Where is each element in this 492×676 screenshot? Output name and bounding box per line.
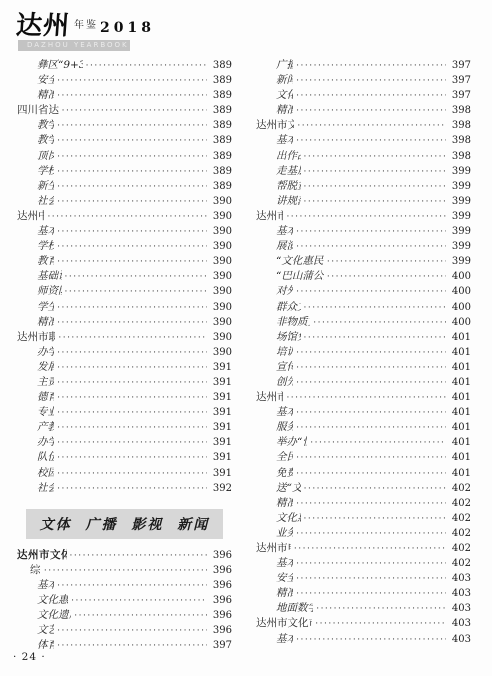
toc-entry-page: 401 [449,375,471,390]
toc-entry: 基本情况402 [256,556,471,571]
toc-entry-page: 391 [210,450,232,465]
dot-leader [47,209,207,225]
toc-entry: 达州市职业高级中学390 [17,330,232,345]
toc-entry-title: 基本情况 [276,405,293,420]
dot-leader [44,563,207,579]
dot-leader [296,58,446,74]
toc-entry-title: 四川省达州市水电学校 [17,103,59,118]
dot-leader [286,209,446,225]
toc-entry-title: 出作品育人才 [276,149,301,164]
toc-entry-title: 服务保障 [276,420,293,435]
toc-entry: “文化惠民在身边”系列文化活动399 [256,254,471,269]
toc-entry-page: 396 [210,578,232,593]
dot-leader [304,300,447,316]
dot-leader [304,149,447,165]
toc-entry-title: 教学教研 [37,118,54,133]
dot-leader [57,450,207,466]
page-number-footer: · 24 · [13,651,46,663]
dot-leader [57,420,207,436]
dot-leader [296,405,446,421]
toc-entry-title: 达州市文化馆 [256,209,283,224]
toc-entry-page: 397 [449,88,471,103]
toc-entry-title: 场馆免费开放 [276,330,301,345]
toc-entry: 基本情况396 [17,578,232,593]
dot-leader [57,638,207,654]
toc-entry: 对外交流400 [256,284,471,299]
dot-leader [327,254,446,270]
dot-leader [296,73,446,89]
toc-entry-page: 389 [210,118,232,133]
toc-entry-page: 401 [449,466,471,481]
toc-entry: 服务保障401 [256,420,471,435]
dot-leader [70,548,207,564]
toc-entry: 基本情况399 [256,224,471,239]
logo-title-sub: 年鉴 [74,16,98,31]
toc-entry-title: 精准扶贫 [276,496,293,511]
toc-entry-page: 400 [449,269,471,284]
dot-leader [57,481,207,497]
dot-leader [74,608,207,624]
dot-leader [57,73,207,89]
toc-entry: 非物质文化遗产保护400 [256,315,471,330]
toc-entry-page: 399 [449,254,471,269]
toc-entry-page: 391 [210,466,232,481]
toc-entry-title: 安全工作 [37,73,54,88]
toc-entry-page: 399 [449,179,471,194]
toc-entry-title: 精准扶贫 [37,315,54,330]
dot-leader [296,284,446,300]
toc-columns: 彝区“9+3”学生免费职业教育389安全工作389精准扶贫389四川省达州市水电… [17,58,471,653]
dot-leader [313,315,446,331]
toc-entry: 队伍建设391 [17,450,232,465]
dot-leader [57,466,207,482]
toc-entry-title: 社会培训 [37,194,54,209]
dot-leader [57,435,207,451]
toc-entry-page: 389 [210,73,232,88]
dot-leader [304,179,447,195]
toc-entry-page: 391 [210,375,232,390]
toc-entry-page: 396 [210,548,232,563]
dot-leader [57,300,207,316]
toc-entry: 培训辅导401 [256,345,471,360]
toc-entry: 精准扶贫402 [256,496,471,511]
toc-entry-title: 基本情况 [276,133,293,148]
toc-entry-page: 390 [210,284,232,299]
toc-entry-page: 399 [449,164,471,179]
dot-leader [57,149,207,165]
toc-entry-title: 群众文艺创作 [276,300,301,315]
toc-entry-title: 非物质文化遗产保护 [276,315,310,330]
toc-entry-page: 390 [210,239,232,254]
toc-entry-title: 宣传信息 [276,360,293,375]
dot-leader [296,360,446,376]
dot-leader [57,315,207,331]
dot-leader [57,164,207,180]
toc-entry-page: 398 [449,103,471,118]
toc-entry-page: 399 [449,224,471,239]
dot-leader [57,375,207,391]
toc-entry: 全民阅读401 [256,450,471,465]
toc-entry-title: 基本情况 [276,224,293,239]
dot-leader [57,118,207,134]
toc-entry: 办学质量391 [17,435,232,450]
dot-leader [327,269,446,285]
dot-leader [65,284,208,300]
toc-entry: 基本情况403 [256,632,471,647]
toc-entry-title: 综 述 [30,563,41,578]
toc-entry-title: 全民阅读 [276,450,293,465]
dot-leader [296,224,446,240]
toc-entry-title: 文化惠民深入实施 [37,593,68,608]
toc-entry-page: 396 [210,608,232,623]
dot-leader [310,435,446,451]
dot-leader [296,571,446,587]
toc-entry-title: 送“文化”活动 [276,481,301,496]
logo-subtitle-bar: DAZHOU YEARBOOK [18,40,130,51]
toc-entry: 地面数字电视覆盖工程403 [256,601,471,616]
toc-entry-title: 达州市电视转播台 [256,541,291,556]
toc-entry-page: 398 [449,118,471,133]
toc-entry: 顶岗实习389 [17,149,232,164]
dot-leader [58,330,207,346]
toc-entry-title: 展演活动 [276,239,293,254]
toc-entry-title: 文化惠民活动 [276,511,301,526]
toc-list-left-bottom: 达州市文体广电新闻出版局396综 述396基本情况396文化惠民深入实施396文… [17,548,232,654]
toc-entry: 达州市文化市场综合行政执法支队403 [256,616,471,631]
toc-entry: 主责主业391 [17,375,232,390]
dot-leader [57,224,207,240]
toc-entry-title: 文化市场 [276,88,293,103]
dot-leader [57,623,207,639]
toc-entry: 新生军训389 [17,179,232,194]
toc-entry-page: 398 [449,133,471,148]
toc-entry-page: 399 [449,239,471,254]
toc-entry-page: 403 [449,586,471,601]
toc-entry-title: 基本情况 [37,578,54,593]
toc-entry-title: 安全播出 [276,571,293,586]
toc-entry-page: 390 [210,269,232,284]
toc-entry-page: 401 [449,450,471,465]
toc-entry-title: 师资队伍建设 [37,284,62,299]
toc-entry-title: 培训辅导 [276,345,293,360]
toc-entry-page: 389 [210,149,232,164]
toc-entry-page: 403 [449,571,471,586]
toc-entry-title: 达州市文体广电新闻出版局 [17,548,67,563]
toc-entry-page: 403 [449,632,471,647]
toc-entry-page: 402 [449,541,471,556]
toc-entry-title: 学校党建 [37,239,54,254]
dot-leader [296,133,446,149]
toc-entry-title: 校园活动 [37,466,54,481]
toc-entry: 宣传信息401 [256,360,471,375]
toc-entry-title: 队伍建设 [37,450,54,465]
toc-entry-title: 讲规范重安全 [276,194,301,209]
toc-entry-page: 391 [210,405,232,420]
toc-entry: 广播电视397 [256,58,471,73]
section-divider: 文体 广播 影视 新闻 [26,509,224,539]
dot-leader [57,578,207,594]
page-header: 达州 年鉴 2018 DAZHOU YEARBOOK [16,14,155,51]
toc-entry-title: 产教融合 [37,420,54,435]
toc-entry: 举办“悦读家”活动401 [256,435,471,450]
toc-entry-title: 达州市图书馆 [256,390,283,405]
toc-entry-page: 390 [210,330,232,345]
toc-entry-title: “文化惠民在身边”系列文化活动 [276,254,324,269]
section-divider-label: 文体 广播 影视 新闻 [40,517,210,533]
dot-leader [57,179,207,195]
toc-entry-title: 基础设施建设 [37,269,62,284]
toc-entry: 达州市文化艺术中心398 [256,118,471,133]
toc-entry-title: 基本情况 [37,224,54,239]
dot-leader [296,586,446,602]
toc-entry-title: 专业建设 [37,405,54,420]
toc-entry-page: 403 [449,616,471,631]
toc-entry-page: 401 [449,360,471,375]
dot-leader [296,632,446,648]
dot-leader [296,526,446,542]
toc-entry: 四川省达州市水电学校389 [17,103,232,118]
dot-leader [296,375,446,391]
toc-entry-title: 精准扶贫 [276,586,293,601]
toc-list-left-top: 彝区“9+3”学生免费职业教育389安全工作389精准扶贫389四川省达州市水电… [17,58,232,496]
toc-entry: 产教融合391 [17,420,232,435]
logo-title-main: 达州 [15,14,71,38]
toc-right-column: 广播电视397新闻出版397文化市场397精准扶贫398达州市文化艺术中心398… [256,58,471,653]
dot-leader [57,88,207,104]
toc-entry-page: 390 [210,345,232,360]
toc-entry-title: 免费服务 [276,466,293,481]
toc-entry: 帮脱贫重实效399 [256,179,471,194]
toc-entry-title: 办学质量 [37,435,54,450]
dot-leader [57,405,207,421]
dot-leader [296,239,446,255]
toc-entry-title: 德育安全 [37,390,54,405]
toc-entry-title: 创先争优 [276,375,293,390]
toc-entry-page: 397 [210,638,232,653]
toc-entry: 德育安全391 [17,390,232,405]
toc-entry-title: 对外交流 [276,284,293,299]
toc-entry: 办学成绩390 [17,345,232,360]
toc-entry: 发展蓝图391 [17,360,232,375]
dot-leader [296,466,446,482]
logo-year: 2018 [100,20,155,36]
toc-entry-page: 401 [449,405,471,420]
toc-entry-title: 新闻出版 [276,73,293,88]
toc-entry-title: 学生管理 [37,300,54,315]
toc-entry-page: 401 [449,330,471,345]
yearbook-toc-page: 达州 年鉴 2018 DAZHOU YEARBOOK 彝区“9+3”学生免费职业… [0,0,492,676]
toc-entry-title: 业务培训 [276,526,293,541]
dot-leader [57,360,207,376]
toc-entry: 达州市文化馆399 [256,209,471,224]
toc-entry: 文化惠民深入实施396 [17,593,232,608]
toc-entry-page: 400 [449,284,471,299]
dot-leader [304,330,447,346]
toc-entry: 讲规范重安全399 [256,194,471,209]
toc-entry-title: 文化遗产保护与发掘 [37,608,71,623]
toc-entry: 走基层重惠民399 [256,164,471,179]
dot-leader [296,88,446,104]
dot-leader [304,481,446,497]
toc-entry-title: 走基层重惠民 [276,164,301,179]
toc-entry: 场馆免费开放401 [256,330,471,345]
toc-entry-title: 地面数字电视覆盖工程 [276,601,313,616]
toc-entry-page: 396 [210,593,232,608]
dot-leader [57,194,207,210]
dot-leader [316,601,446,617]
toc-entry-title: 举办“悦读家”活动 [276,435,307,450]
toc-entry: 达州中医学校390 [17,209,232,224]
toc-entry: 文化惠民活动402 [256,511,471,526]
toc-entry: 校园活动391 [17,466,232,481]
toc-entry-title: 教育教学 [37,254,54,269]
toc-entry: 教学改革389 [17,133,232,148]
toc-entry: 体育事业397 [17,638,232,653]
toc-entry: 基础设施建设390 [17,269,232,284]
toc-entry-page: 390 [210,209,232,224]
toc-entry-title: 社会服务 [37,481,54,496]
toc-entry-page: 390 [210,254,232,269]
toc-entry-page: 402 [449,556,471,571]
toc-entry-title: 文艺创作 [37,623,54,638]
toc-entry-page: 389 [210,179,232,194]
toc-entry: 社会服务392 [17,481,232,496]
toc-entry: 文艺创作396 [17,623,232,638]
toc-entry: 彝区“9+3”学生免费职业教育389 [17,58,232,73]
toc-entry-page: 399 [449,209,471,224]
toc-entry-title: “巴山蒲公英”文化志愿者服务团 [276,269,324,284]
dot-leader [304,194,447,210]
toc-entry: 免费服务401 [256,466,471,481]
toc-entry: 精准扶贫389 [17,88,232,103]
toc-entry-page: 401 [449,420,471,435]
toc-entry-page: 390 [210,194,232,209]
dot-leader [296,103,446,119]
toc-entry-page: 392 [210,481,232,496]
toc-entry: 新闻出版397 [256,73,471,88]
toc-entry-page: 401 [449,435,471,450]
toc-entry-title: 办学成绩 [37,345,54,360]
toc-entry: 送“文化”活动402 [256,481,471,496]
toc-entry-title: 广播电视 [276,58,293,73]
toc-entry: 专业建设391 [17,405,232,420]
toc-entry-page: 389 [210,133,232,148]
toc-entry-title: 达州市文化艺术中心 [256,118,294,133]
dot-leader [296,450,446,466]
toc-entry: 达州市文体广电新闻出版局396 [17,548,232,563]
toc-entry-title: 学校安全 [37,164,54,179]
toc-entry-page: 389 [210,88,232,103]
dot-leader [304,511,447,527]
toc-entry-page: 391 [210,390,232,405]
toc-entry: 出作品育人才398 [256,149,471,164]
dot-leader [296,420,446,436]
dot-leader [57,239,207,255]
toc-entry-page: 389 [210,164,232,179]
toc-entry: 达州市电视转播台402 [256,541,471,556]
toc-entry-page: 390 [210,300,232,315]
toc-entry-page: 401 [449,390,471,405]
dot-leader [57,133,207,149]
dot-leader [297,118,446,134]
toc-entry-title: 主责主业 [37,375,54,390]
toc-entry-title: 新生军训 [37,179,54,194]
toc-entry: “巴山蒲公英”文化志愿者服务团400 [256,269,471,284]
dot-leader [86,58,207,74]
dot-leader [65,269,208,285]
toc-entry: 基本情况398 [256,133,471,148]
toc-entry: 创先争优401 [256,375,471,390]
toc-entry-page: 402 [449,511,471,526]
toc-entry: 学校党建390 [17,239,232,254]
toc-entry-title: 精准扶贫 [37,88,54,103]
toc-entry-page: 402 [449,526,471,541]
dot-leader [57,254,207,270]
toc-entry: 学校安全389 [17,164,232,179]
toc-entry-page: 400 [449,300,471,315]
toc-entry: 业务培训402 [256,526,471,541]
dot-leader [296,556,446,572]
toc-entry: 精准扶贫398 [256,103,471,118]
toc-entry-title: 达州市职业高级中学 [17,330,55,345]
toc-entry-title: 帮脱贫重实效 [276,179,301,194]
toc-entry-title: 精准扶贫 [276,103,293,118]
toc-entry: 综 述396 [17,563,232,578]
yearbook-logo: 达州 年鉴 2018 [16,14,155,38]
toc-entry-page: 389 [210,58,232,73]
toc-entry: 精准扶贫403 [256,586,471,601]
toc-entry-title: 基本情况 [276,556,293,571]
dot-leader [57,390,207,406]
toc-entry: 精准扶贫390 [17,315,232,330]
toc-entry: 学生管理390 [17,300,232,315]
toc-entry-page: 391 [210,435,232,450]
dot-leader [294,541,446,557]
toc-entry-page: 403 [449,601,471,616]
dot-leader [315,616,446,632]
toc-entry: 群众文艺创作400 [256,300,471,315]
toc-entry-page: 391 [210,420,232,435]
toc-entry-page: 396 [210,623,232,638]
dot-leader [286,390,446,406]
toc-entry: 教育教学390 [17,254,232,269]
dot-leader [71,593,207,609]
toc-entry: 安全播出403 [256,571,471,586]
toc-entry: 安全工作389 [17,73,232,88]
toc-entry-title: 基本情况 [276,632,293,647]
toc-entry-page: 398 [449,149,471,164]
toc-entry: 展演活动399 [256,239,471,254]
dot-leader [304,164,447,180]
toc-entry-title: 达州市文化市场综合行政执法支队 [256,616,312,631]
toc-entry: 社会培训390 [17,194,232,209]
toc-entry-title: 顶岗实习 [37,149,54,164]
toc-entry-title: 达州中医学校 [17,209,44,224]
toc-entry-page: 401 [449,345,471,360]
toc-entry-page: 390 [210,224,232,239]
toc-entry-page: 396 [210,563,232,578]
toc-entry-page: 399 [449,194,471,209]
toc-entry-page: 402 [449,496,471,511]
dot-leader [57,345,207,361]
toc-entry-title: 教学改革 [37,133,54,148]
dot-leader [296,496,446,512]
toc-entry: 基本情况401 [256,405,471,420]
toc-entry-page: 389 [210,103,232,118]
toc-entry-title: 彝区“9+3”学生免费职业教育 [37,58,83,73]
toc-entry-page: 400 [449,315,471,330]
toc-entry: 基本情况390 [17,224,232,239]
